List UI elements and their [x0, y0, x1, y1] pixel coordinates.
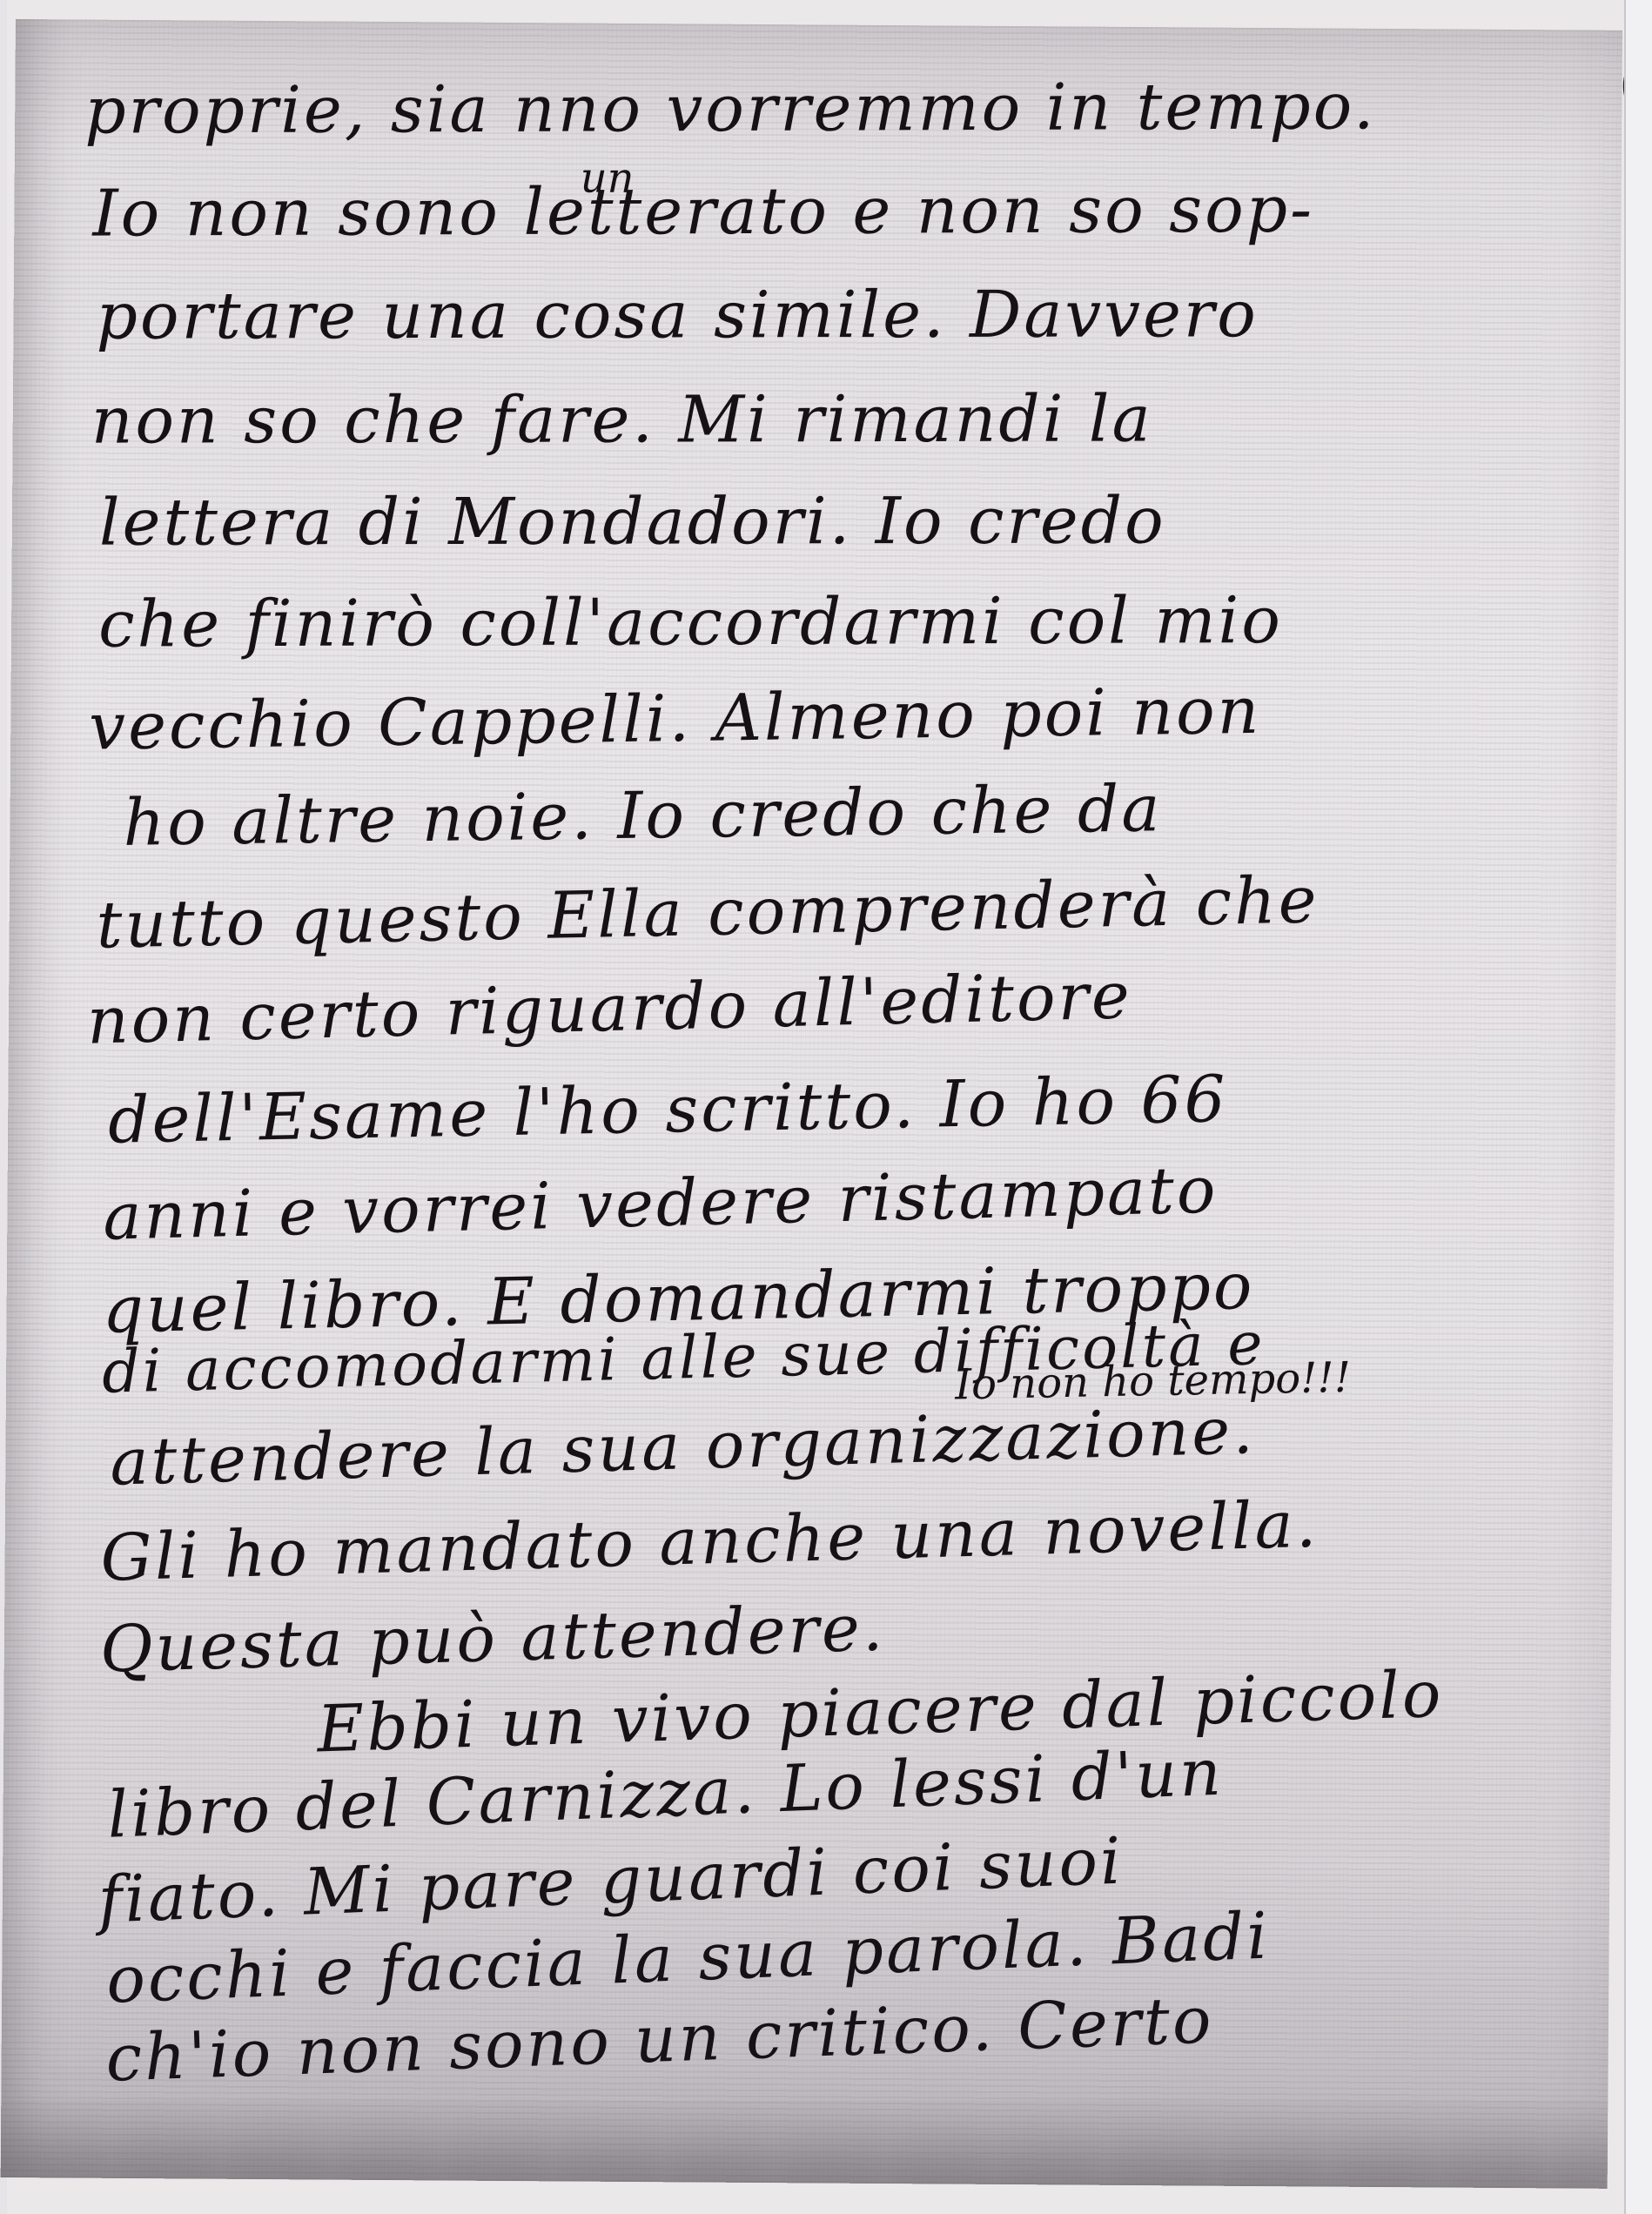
letter-line-4: non so che fare. Mi rimandi la — [91, 381, 1153, 458]
letter-line-12: anni e vorrei vedere ristampato — [102, 1152, 1219, 1254]
letter-page: proprie, sia nno vorremmo in tempo. un I… — [1, 19, 1622, 2189]
letter-line-3: portare una cosa simile. Davvero — [97, 277, 1259, 353]
letter-line-16: Gli ho mandato anche una novella. — [99, 1487, 1320, 1596]
letter-line-17: Questa può attendere. — [99, 1591, 887, 1687]
letter-line-10: non certo riguardo all'editore — [86, 958, 1133, 1058]
letter-line-11: dell'Esame l'ho scritto. Io ho 66 — [107, 1062, 1228, 1158]
letter-line-15: attendere la sua organizzazione. — [109, 1393, 1256, 1500]
letter-line-8: ho altre noie. Io credo che da — [123, 771, 1163, 861]
letter-line-9: tutto questo Ella comprenderà che — [96, 862, 1320, 963]
letter-line-5: lettera di Mondadori. Io credo — [99, 484, 1166, 560]
letter-line-7: vecchio Cappelli. Almeno poi non — [89, 674, 1262, 765]
letter-line-6: che finirò coll'accordarmi col mio — [98, 583, 1283, 662]
letter-line-1: proprie, sia nno vorremmo in tempo. — [84, 69, 1377, 148]
letter-line-2: Io non sono letterato e non so sop- — [92, 172, 1314, 252]
scan-edge — [1624, 0, 1652, 2214]
